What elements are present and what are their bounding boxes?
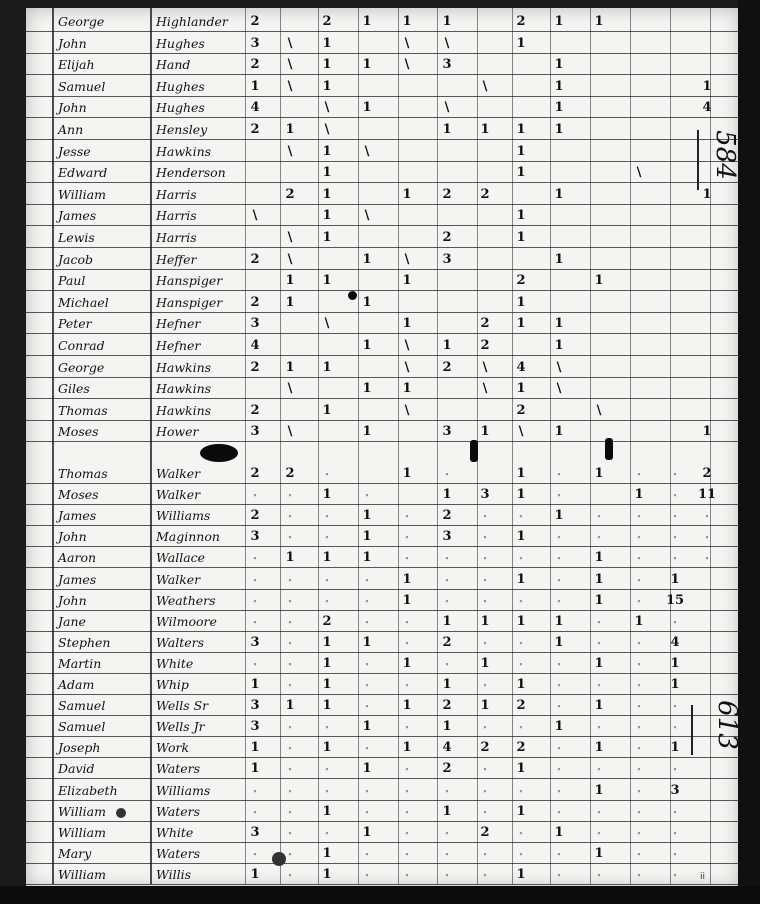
surname: White <box>156 656 193 671</box>
tally-cell: " <box>658 535 692 544</box>
tally-cell: 1 <box>310 208 344 223</box>
tally-cell: 1 <box>310 656 344 671</box>
given-name: Adam <box>58 677 94 692</box>
tally-cell: " <box>658 472 692 481</box>
census-row: ThomasHawkins21\2\ <box>26 399 740 421</box>
tally-cell: 1 <box>582 656 616 671</box>
tally-cell: \ <box>310 100 344 115</box>
tally-cell: " <box>658 725 692 734</box>
tally-cell: 2 <box>238 14 272 29</box>
tally-cell: 3 <box>238 825 272 840</box>
tally-cell: " <box>350 683 384 692</box>
tally-cell: " <box>468 767 502 776</box>
tally-cell: 1 <box>542 508 576 523</box>
surname: Highlander <box>156 14 228 29</box>
census-row: AnnHensley21\1111 <box>26 118 740 140</box>
margin-annotation-top: 584 <box>710 130 740 180</box>
tally-cell: 1 <box>504 614 538 629</box>
tally-cell: 4 <box>238 100 272 115</box>
tally-cell: 1 <box>504 867 538 882</box>
census-row: PaulHanspiger11121 <box>26 269 740 291</box>
tally-cell: 3 <box>658 783 692 798</box>
tally-cell: 1 <box>582 846 616 861</box>
tally-cell: " <box>430 662 464 671</box>
tally-cell: 1 <box>504 381 538 396</box>
ink-blot <box>200 444 238 462</box>
tally-cell: \ <box>390 403 424 418</box>
tally-cell: 1 <box>350 508 384 523</box>
tally-cell: 1 <box>658 656 692 671</box>
surname: Waters <box>156 761 200 776</box>
given-name: Samuel <box>58 719 105 734</box>
surname: Henderson <box>156 165 226 180</box>
tally-cell: " <box>504 789 538 798</box>
tally-cell: 1 <box>310 846 344 861</box>
tally-cell: " <box>582 514 616 523</box>
ink-blot <box>470 440 478 462</box>
given-name: Edward <box>58 165 107 180</box>
tally-cell: 1 <box>504 804 538 819</box>
tally-cell: " <box>430 873 464 882</box>
tally-cell: 1 <box>310 550 344 565</box>
tally-cell: \ <box>350 144 384 159</box>
surname: Wilmoore <box>156 614 217 629</box>
tally-cell: " <box>542 556 576 565</box>
tally-cell: \ <box>273 252 307 267</box>
tally-cell: \ <box>273 230 307 245</box>
given-name: Peter <box>58 316 92 331</box>
tally-cell: 4 <box>430 740 464 755</box>
tally-cell: 1 <box>310 230 344 245</box>
tally-cell: " <box>390 873 424 882</box>
tally-cell: 2 <box>468 316 502 331</box>
tally-cell: 2 <box>430 698 464 713</box>
tally-cell: " <box>542 493 576 502</box>
tally-cell: " <box>350 662 384 671</box>
tally-cell: 1 <box>430 338 464 353</box>
given-name: Stephen <box>58 635 110 650</box>
tally-cell: 1 <box>310 487 344 502</box>
tally-cell: " <box>390 810 424 819</box>
tally-cell: " <box>390 831 424 840</box>
tally-cell: " <box>310 472 344 481</box>
tally-cell: 1 <box>390 593 424 608</box>
given-name: William <box>58 187 106 202</box>
tally-cell: " <box>238 810 272 819</box>
given-name: Elijah <box>58 57 95 72</box>
tally-cell: " <box>582 873 616 882</box>
tally-cell: " <box>238 493 272 502</box>
given-name: Aaron <box>58 550 96 565</box>
given-name: Elizabeth <box>58 783 118 798</box>
tally-cell: 1 <box>350 529 384 544</box>
tally-cell: 2 <box>238 295 272 310</box>
tally-cell: \ <box>310 316 344 331</box>
surname: Harris <box>156 230 197 245</box>
given-name: Jesse <box>58 144 91 159</box>
tally-cell: \ <box>390 338 424 353</box>
given-name: John <box>58 529 87 544</box>
surname: Hensley <box>156 122 207 137</box>
tally-cell: 1 <box>273 360 307 375</box>
surname: Harris <box>156 187 197 202</box>
tally-cell: " <box>658 514 692 523</box>
census-row: GeorgeHighlander22111211 <box>26 10 740 32</box>
given-name: Conrad <box>58 338 105 353</box>
tally-cell: " <box>238 789 272 798</box>
tally-cell: 1 <box>430 487 464 502</box>
tally-cell: 1 <box>504 487 538 502</box>
census-row: JesseHawkins\1\1 <box>26 140 740 162</box>
tally-cell: " <box>430 852 464 861</box>
tally-cell: " <box>238 620 272 629</box>
tally-cell: " <box>430 789 464 798</box>
tally-cell: " <box>582 620 616 629</box>
given-name: Jacob <box>58 252 93 267</box>
tally-cell: " <box>658 831 692 840</box>
tally-cell: 3 <box>238 36 272 51</box>
tally-cell: " <box>390 556 424 565</box>
tally-cell: 2 <box>430 761 464 776</box>
tally-cell: \ <box>273 144 307 159</box>
tally-cell: 1 <box>658 740 692 755</box>
tally-cell: " <box>273 493 307 502</box>
tally-cell: 1 <box>273 273 307 288</box>
tally-cell: \ <box>273 381 307 396</box>
tally-cell: 1 <box>582 550 616 565</box>
tally-cell: " <box>468 514 502 523</box>
tally-cell: 1 <box>504 144 538 159</box>
surname: Williams <box>156 783 210 798</box>
tally-cell: " <box>622 683 656 692</box>
tally-cell: \ <box>468 360 502 375</box>
tally-cell: " <box>390 641 424 650</box>
tally-cell: " <box>350 852 384 861</box>
tally-cell: 1 <box>542 338 576 353</box>
tally-cell: " <box>542 578 576 587</box>
tally-cell: 1 <box>350 761 384 776</box>
tally-cell: \ <box>273 424 307 439</box>
census-row: WilliamWaters""1""1"1"""" <box>26 800 740 822</box>
census-row: JacobHeffer2\1\31 <box>26 248 740 270</box>
tally-cell: 2 <box>504 698 538 713</box>
tally-cell: " <box>582 641 616 650</box>
tally-cell: \ <box>582 403 616 418</box>
tally-cell: 2 <box>504 740 538 755</box>
tally-cell: 2 <box>430 187 464 202</box>
tally-cell: 3 <box>238 635 272 650</box>
census-row: JamesWilliams2""1"2""1"""" <box>26 504 740 526</box>
tally-cell: 1 <box>582 14 616 29</box>
census-row: JohnMaginnon3""1"3"1""""" <box>26 525 740 547</box>
census-row: JamesWalker""""1""1"1"1 <box>26 568 740 590</box>
tally-cell: " <box>390 725 424 734</box>
census-row: AdamWhip1"1""1"1"""1 <box>26 673 740 695</box>
tally-cell: 1 <box>622 614 656 629</box>
scan-border-right <box>738 0 760 904</box>
tally-cell: " <box>622 831 656 840</box>
census-row: GeorgeHawkins211\2\4\ <box>26 356 740 378</box>
surname: Williams <box>156 508 210 523</box>
tally-cell: " <box>350 789 384 798</box>
tally-cell: 2 <box>238 122 272 137</box>
census-row: MosesWalker""1"131"1"11 <box>26 483 740 505</box>
given-name: George <box>58 14 104 29</box>
tally-cell: " <box>582 831 616 840</box>
census-row: MartinWhite""1"1"1""1"1 <box>26 652 740 674</box>
tally-cell: 1 <box>690 79 724 94</box>
surname: Hawkins <box>156 403 211 418</box>
tally-cell: " <box>504 852 538 861</box>
tally-cell: 1 <box>658 572 692 587</box>
tally-cell: 2 <box>238 508 272 523</box>
tally-cell: " <box>273 683 307 692</box>
tally-cell: " <box>468 683 502 692</box>
tally-cell: " <box>542 852 576 861</box>
tally-cell: " <box>350 873 384 882</box>
tally-cell: " <box>468 641 502 650</box>
tally-cell: 1 <box>622 487 656 502</box>
tally-cell: " <box>622 746 656 755</box>
tally-cell: 1 <box>504 466 538 481</box>
tally-cell: \ <box>273 57 307 72</box>
surname: Hand <box>156 57 190 72</box>
tally-cell: 2 <box>238 403 272 418</box>
surname: Hawkins <box>156 360 211 375</box>
tally-cell: 1 <box>310 677 344 692</box>
tally-cell: 3 <box>468 487 502 502</box>
tally-cell: " <box>542 472 576 481</box>
tally-cell: 1 <box>350 100 384 115</box>
tally-cell: 2 <box>238 466 272 481</box>
tally-cell: 1 <box>310 79 344 94</box>
tally-cell: 1 <box>310 187 344 202</box>
surname: Hawkins <box>156 144 211 159</box>
census-row: JosephWork1"1"1422"1"1 <box>26 736 740 758</box>
ink-blot <box>348 291 357 300</box>
tally-cell: " <box>273 662 307 671</box>
given-name: Moses <box>58 424 99 439</box>
surname: White <box>156 825 193 840</box>
census-row: LewisHarris\121 <box>26 226 740 248</box>
tally-cell: 1 <box>542 614 576 629</box>
tally-cell: " <box>273 810 307 819</box>
tally-cell: " <box>542 810 576 819</box>
tally-cell: " <box>468 810 502 819</box>
tally-cell: 1 <box>542 14 576 29</box>
tally-cell: " <box>468 725 502 734</box>
tally-cell: 1 <box>582 593 616 608</box>
census-row: StephenWalters3"11"2""1""4 <box>26 631 740 653</box>
tally-cell: 1 <box>273 698 307 713</box>
tally-cell: 1 <box>390 740 424 755</box>
tally-cell: " <box>273 535 307 544</box>
surname: Work <box>156 740 189 755</box>
tally-cell: 1 <box>504 122 538 137</box>
tally-cell: 1 <box>350 57 384 72</box>
tally-cell: 1 <box>390 316 424 331</box>
tally-cell: 1 <box>310 360 344 375</box>
given-name: Lewis <box>58 230 95 245</box>
surname: Hughes <box>156 79 205 94</box>
tally-cell: 1 <box>390 187 424 202</box>
tally-cell: 1 <box>430 122 464 137</box>
tally-cell: " <box>658 493 692 502</box>
tally-cell: " <box>542 535 576 544</box>
tally-cell: 2 <box>690 466 724 481</box>
tally-cell: 1 <box>350 381 384 396</box>
tally-cell: 1 <box>468 424 502 439</box>
tally-cell: " <box>690 556 724 565</box>
tally-cell: 1 <box>542 122 576 137</box>
tally-cell: 1 <box>582 740 616 755</box>
tally-cell: 1 <box>542 719 576 734</box>
tally-cell: " <box>582 683 616 692</box>
tally-cell: 1 <box>468 122 502 137</box>
tally-cell: 1 <box>658 677 692 692</box>
tally-cell: \ <box>238 208 272 223</box>
tally-cell: 4 <box>658 635 692 650</box>
margin-annotation-bottom: 613 <box>712 700 742 750</box>
surname: Hefner <box>156 316 200 331</box>
tally-cell: 2 <box>430 508 464 523</box>
given-name: Giles <box>58 381 90 396</box>
surname: Harris <box>156 208 197 223</box>
margin-rule-top <box>697 130 699 190</box>
surname: Heffer <box>156 252 197 267</box>
tally-cell: " <box>310 725 344 734</box>
tally-cell: " <box>273 767 307 776</box>
tally-cell: " <box>238 662 272 671</box>
tally-cell: 1 <box>468 698 502 713</box>
tally-cell: 1 <box>582 466 616 481</box>
tally-cell: 1 <box>273 122 307 137</box>
given-name: William <box>58 804 106 819</box>
tally-cell: " <box>430 831 464 840</box>
tally-cell: 1 <box>350 252 384 267</box>
tally-cell: " <box>504 641 538 650</box>
tally-cell: 2 <box>468 187 502 202</box>
tally-cell: 1 <box>390 466 424 481</box>
margin-rule-bottom <box>691 705 693 755</box>
tally-cell: 1 <box>310 165 344 180</box>
census-row: EdwardHenderson11\ <box>26 161 740 183</box>
tally-cell: " <box>350 493 384 502</box>
footer-mark: ii <box>700 872 705 882</box>
tally-cell: 1 <box>542 825 576 840</box>
given-name: David <box>58 761 95 776</box>
tally-cell: 1 <box>430 719 464 734</box>
tally-cell: \ <box>390 360 424 375</box>
tally-cell: " <box>622 535 656 544</box>
tally-cell: \ <box>390 252 424 267</box>
tally-cell: 1 <box>390 698 424 713</box>
tally-cell: 1 <box>542 79 576 94</box>
tally-cell: " <box>468 789 502 798</box>
census-row: MaryWaters""1""""""1"" <box>26 842 740 864</box>
tally-cell: " <box>690 514 724 523</box>
given-name: James <box>58 508 96 523</box>
census-row: WilliamHarris2112211 <box>26 183 740 205</box>
census-row: WilliamWhite3""1""2"1""" <box>26 821 740 843</box>
tally-cell: 1 <box>310 740 344 755</box>
tally-cell: 1 <box>542 252 576 267</box>
tally-cell: 11 <box>690 487 724 502</box>
tally-cell: " <box>273 746 307 755</box>
given-name: Thomas <box>58 466 108 481</box>
tally-cell: " <box>350 620 384 629</box>
tally-cell: " <box>273 578 307 587</box>
surname: Hughes <box>156 100 205 115</box>
census-row: DavidWaters1""1"2"1"""" <box>26 757 740 779</box>
surname: Hawkins <box>156 381 211 396</box>
tally-cell: 4 <box>504 360 538 375</box>
tally-cell: " <box>273 831 307 840</box>
tally-cell: 1 <box>582 273 616 288</box>
tally-cell: 2 <box>310 614 344 629</box>
tally-cell: " <box>310 578 344 587</box>
tally-cell: 1 <box>542 100 576 115</box>
census-row: MosesHower3\131\11 <box>26 420 740 442</box>
tally-cell: 1 <box>350 825 384 840</box>
surname: Hanspiger <box>156 295 222 310</box>
tally-cell: " <box>542 767 576 776</box>
surname: Hanspiger <box>156 273 222 288</box>
tally-cell: " <box>430 599 464 608</box>
tally-cell: " <box>310 767 344 776</box>
tally-cell: \ <box>542 381 576 396</box>
tally-cell: 1 <box>542 316 576 331</box>
tally-cell: 3 <box>238 698 272 713</box>
census-row: JohnWeathers""""1""""1"15 <box>26 589 740 611</box>
given-name: Mary <box>58 846 91 861</box>
surname: Willis <box>156 867 191 882</box>
tally-cell: 1 <box>542 187 576 202</box>
tally-cell: 1 <box>504 761 538 776</box>
given-name: Martin <box>58 656 101 671</box>
tally-cell: \ <box>390 36 424 51</box>
surname: Walker <box>156 487 200 502</box>
tally-cell: 3 <box>430 529 464 544</box>
tally-cell: 1 <box>690 424 724 439</box>
given-name: Ann <box>58 122 83 137</box>
tally-cell: 1 <box>310 867 344 882</box>
tally-cell: " <box>504 831 538 840</box>
surname: Wallace <box>156 550 205 565</box>
scan-border-bottom <box>0 886 760 904</box>
tally-cell: " <box>622 767 656 776</box>
tally-cell: " <box>350 746 384 755</box>
tally-cell: \ <box>310 122 344 137</box>
tally-cell: " <box>468 873 502 882</box>
tally-cell: 1 <box>504 165 538 180</box>
given-name: Paul <box>58 273 85 288</box>
tally-cell: " <box>430 472 464 481</box>
tally-cell: 1 <box>504 36 538 51</box>
tally-cell: " <box>310 535 344 544</box>
tally-cell: 2 <box>238 360 272 375</box>
census-row: WilliamWillis1"1""""1"""" <box>26 863 740 885</box>
tally-cell: 1 <box>273 295 307 310</box>
tally-cell: " <box>582 535 616 544</box>
tally-cell: 1 <box>504 230 538 245</box>
tally-cell: " <box>430 578 464 587</box>
tally-cell: 1 <box>582 698 616 713</box>
tally-cell: 1 <box>350 338 384 353</box>
tally-cell: " <box>430 556 464 565</box>
tally-cell: 1 <box>390 656 424 671</box>
tally-cell: 2 <box>310 14 344 29</box>
